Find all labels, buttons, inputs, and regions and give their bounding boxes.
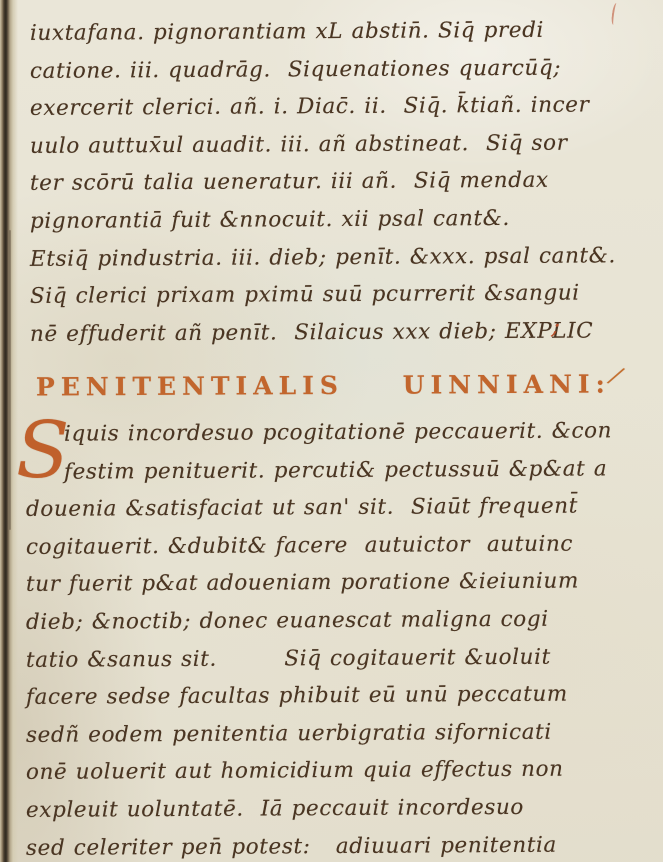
manuscript-line: sed celeriter pen̄ potest: adiuuari peni… — [26, 826, 657, 862]
manuscript-line: nē effuderit añ penīt. Silaicus xxx dieb… — [30, 312, 655, 353]
manuscript-line: ter scōrū talia ueneratur. iii añ. Siq̄ … — [30, 161, 655, 202]
manuscript-page: iuxtafana. pignorantiam xL abstin̄. Siq̄… — [0, 0, 663, 862]
text-block-explicit: iuxtafana. pignorantiam xL abstin̄. Siq̄… — [30, 13, 655, 351]
manuscript-line: onē uoluerit aut homicidium quia effectu… — [26, 750, 657, 791]
manuscript-line: catione. iii. quadrāg. Siquenationes qua… — [30, 49, 655, 90]
manuscript-line: dieb; &noctib; donec euanescat maligna c… — [26, 600, 657, 641]
rubric-text: PENITENTIALIS UINNIANI: — [36, 370, 611, 402]
manuscript-line: iuxtafana. pignorantiam xL abstin̄. Siq̄… — [30, 11, 655, 52]
manuscript-line: expleuit uoluntatē. Iā peccauit incordes… — [26, 788, 657, 829]
manuscript-line: facere sedse facultas phibuit eū unū pec… — [26, 675, 657, 716]
manuscript-line: cogitauerit. &dubit& facere autuictor au… — [26, 525, 657, 566]
manuscript-line: festim penituerit. percuti& pectussuū &p… — [26, 450, 657, 491]
rubric-title: PENITENTIALIS UINNIANI:⁄ — [36, 369, 615, 402]
manuscript-line: douenia &satisfaciat ut san' sit. Siaūt … — [26, 487, 657, 528]
manuscript-line: uulo auttux̄ul auadit. iii. añ abstineat… — [30, 124, 655, 165]
manuscript-line: pignorantiā fuit &nnocuit. xii psal cant… — [30, 199, 655, 240]
manuscript-line: sedñ eodem penitentia uerbigratia siforn… — [26, 713, 657, 754]
manuscript-line: iquis incordesuo pcogitationē peccauerit… — [26, 412, 657, 453]
manuscript-line: Siq̄ clerici prixam pximū suū pcurrerit … — [30, 274, 655, 315]
manuscript-line: Etsiq̄ pindustria. iii. dieb; penīt. &xx… — [30, 237, 655, 278]
manuscript-line: tatio &sanus sit. Siq̄ cogitauerit &uolu… — [26, 638, 657, 679]
manuscript-line: exercerit clerici. añ. i. Diac̄. ii. Siq… — [30, 86, 655, 127]
text-block-penitential: S iquis incordesuo pcogitationē peccauer… — [26, 414, 657, 862]
manuscript-line: tur fuerit p&at adoueniam poratione &iei… — [26, 562, 657, 603]
